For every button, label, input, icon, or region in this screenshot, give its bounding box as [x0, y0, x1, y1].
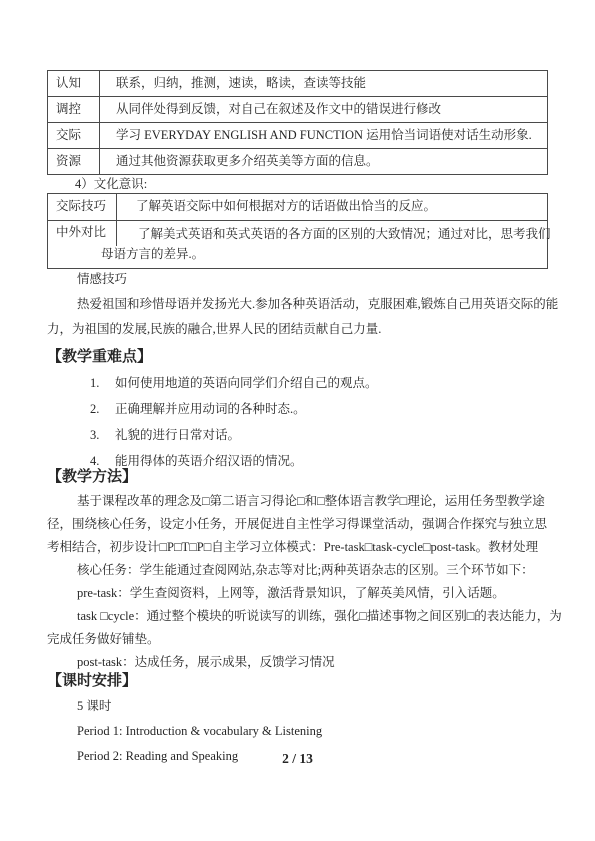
methods-section: 基于课程改革的理念及□第二语言习得论□和□整体语言教学□理论，运用任务型教学途 …	[47, 490, 548, 674]
pre-task-line: pre-task：学生查阅资料，上网等，激活背景知识，了解英美风情，引入话题。	[47, 582, 548, 605]
culture-awareness-label: 4）文化意识:	[47, 175, 548, 193]
table-row: 中外对比 了解美式英语和英式英语的各方面的区别的大致情况；通过对比，思考我们 母…	[48, 221, 547, 268]
emotion-title: 情感技巧	[47, 267, 548, 292]
table-row: 交际 学习 EVERYDAY ENGLISH AND FUNCTION 运用恰当…	[48, 123, 547, 149]
emotion-paragraph-line: 力，为祖国的发展,民族的融合,世界人民的团结贡献自己力量.	[47, 317, 548, 342]
item-text: 正确理解并应用动词的各种时态.。	[115, 396, 306, 422]
item-text: 能用得体的英语介绍汉语的情况。	[115, 448, 303, 474]
schedule-line: 5 课时	[47, 694, 548, 719]
row-label: 调控	[48, 97, 100, 122]
method-paragraph-line: 考相结合，初步设计□P□T□P□自主学习立体模式：Pre-task□task-c…	[47, 536, 548, 559]
item-text: 礼貌的进行日常对话。	[115, 422, 240, 448]
table-row: 认知 联系，归纳，推测，速读，略读，查读等技能	[48, 71, 547, 97]
row-label: 中外对比	[48, 221, 117, 246]
item-text: 如何使用地道的英语向同学们介绍自己的观点。	[115, 370, 378, 396]
row-content: 通过其他资源获取更多介绍英美等方面的信息。	[100, 149, 379, 174]
culture-table: 交际技巧 了解英语交际中如何根据对方的话语做出恰当的反应。 中外对比 了解美式英…	[47, 193, 548, 269]
item-number: 3.	[90, 422, 115, 448]
document-page: 认知 联系，归纳，推测，速读，略读，查读等技能 调控 从同伴处得到反馈，对自己在…	[0, 0, 595, 841]
row-label: 资源	[48, 149, 100, 174]
list-item: 3. 礼貌的进行日常对话。	[90, 422, 548, 448]
row-content: 从同伴处得到反馈，对自己在叙述及作文中的错误进行修改	[100, 97, 441, 122]
list-item: 2. 正确理解并应用动词的各种时态.。	[90, 396, 548, 422]
key-points-list: 1. 如何使用地道的英语向同学们介绍自己的观点。 2. 正确理解并应用动词的各种…	[47, 370, 548, 474]
row-content: 联系，归纳，推测，速读，略读，查读等技能	[100, 71, 366, 96]
task-cycle-line: task □cycle：通过整个模块的听说读写的训练，强化□描述事物之间区别□的…	[47, 605, 548, 628]
row-label: 认知	[48, 71, 100, 96]
emotion-paragraph-line: 热爱祖国和珍惜母语并发扬光大.参加各种英语活动，克服困难,锻炼自己用英语交际的能	[47, 292, 548, 317]
section-heading-key-points: 【教学重难点】	[47, 344, 548, 370]
schedule-line: Period 1: Introduction & vocabulary & Li…	[47, 719, 548, 744]
task-cycle-line: 完成任务做好铺垫。	[47, 628, 548, 651]
row-content: 了解英语交际中如何根据对方的话语做出恰当的反应。	[117, 194, 436, 220]
skills-table: 认知 联系，归纳，推测，速读，略读，查读等技能 调控 从同伴处得到反馈，对自己在…	[47, 70, 548, 175]
item-number: 1.	[90, 370, 115, 396]
table-row: 调控 从同伴处得到反馈，对自己在叙述及作文中的错误进行修改	[48, 97, 547, 123]
item-number: 2.	[90, 396, 115, 422]
row-content-line: 母语方言的差异.。	[101, 244, 547, 264]
core-task-line: 核心任务：学生能通过查阅网站,杂志等对比;两种英语杂志的区别。三个环节如下：	[47, 559, 548, 582]
method-paragraph-line: 基于课程改革的理念及□第二语言习得论□和□整体语言教学□理论，运用任务型教学途	[47, 490, 548, 513]
method-paragraph-line: 径，围绕核心任务，设定小任务，开展促进自主性学习得课堂活动，强调合作探究与独立思	[47, 513, 548, 536]
table-row: 交际技巧 了解英语交际中如何根据对方的话语做出恰当的反应。	[48, 194, 547, 221]
list-item: 1. 如何使用地道的英语向同学们介绍自己的观点。	[90, 370, 548, 396]
page-content: 认知 联系，归纳，推测，速读，略读，查读等技能 调控 从同伴处得到反馈，对自己在…	[47, 70, 548, 769]
emotion-section: 情感技巧 热爱祖国和珍惜母语并发扬光大.参加各种英语活动，克服困难,锻炼自己用英…	[47, 267, 548, 342]
row-content-line: 了解美式英语和英式英语的各方面的区别的大致情况；通过对比，思考我们	[101, 224, 547, 244]
row-content: 学习 EVERYDAY ENGLISH AND FUNCTION 运用恰当词语使…	[100, 123, 532, 148]
page-number: 2 / 13	[0, 751, 595, 767]
row-label: 交际技巧	[48, 194, 117, 220]
table-row: 资源 通过其他资源获取更多介绍英美等方面的信息。	[48, 149, 547, 174]
row-label: 交际	[48, 123, 100, 148]
